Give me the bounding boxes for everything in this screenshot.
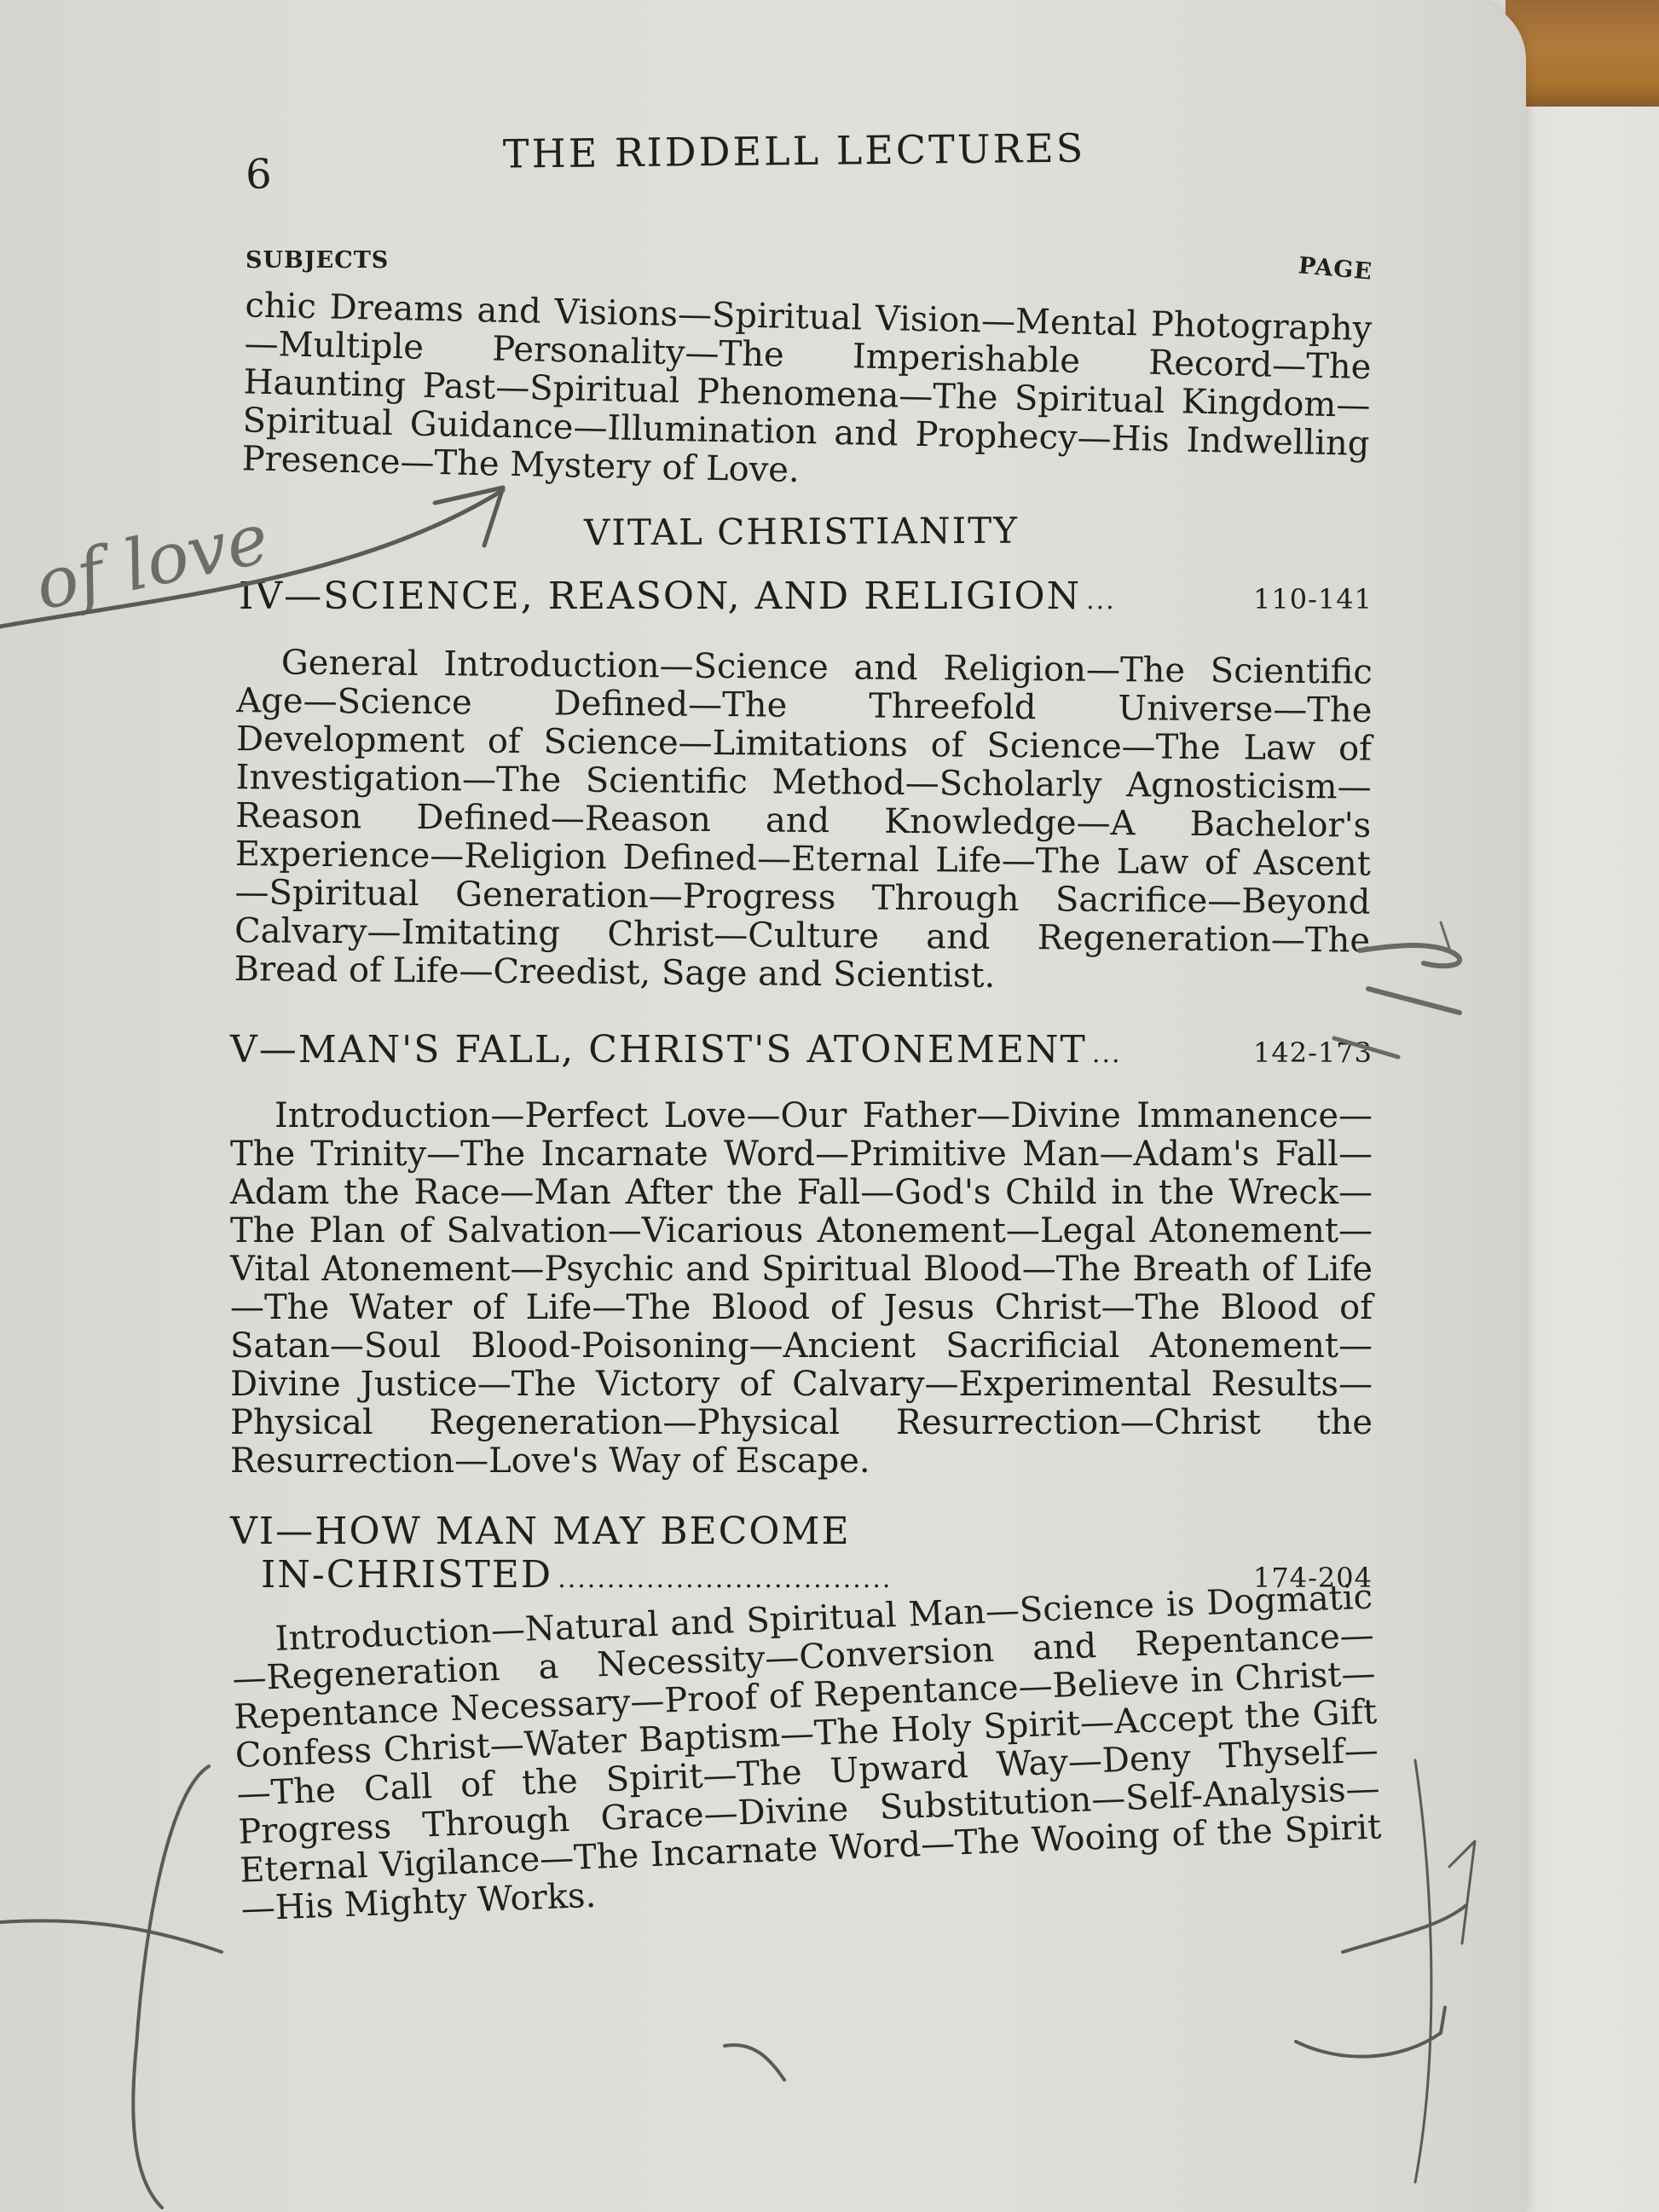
chapter-6-title-line2: IN-CHRISTED — [261, 1553, 552, 1597]
chapter-4-pages: 110-141 — [1253, 583, 1373, 615]
book-page: 6 THE RIDDELL LECTURES SUBJECTS PAGE chi… — [0, 0, 1526, 2212]
continued-subjects: chic Dreams and Visions—Spiritual Vision… — [226, 286, 1372, 502]
chapter-6-subjects: Introduction—Natural and Spiritual Man—S… — [230, 1579, 1384, 1929]
running-title: THE RIDDELL LECTURES — [503, 125, 1086, 177]
chapter-4-title: IV—SCIENCE, REASON, AND RELIGION — [239, 575, 1081, 618]
chapter-6-title-line1: VI—HOW MAN MAY BECOME — [230, 1510, 1373, 1553]
chapter-4-heading: IV—SCIENCE, REASON, AND RELIGION ... 110… — [230, 575, 1373, 618]
chapter-5-title: V—MAN'S FALL, CHRIST'S ATONEMENT — [230, 1028, 1087, 1071]
chapter-5-heading: V—MAN'S FALL, CHRIST'S ATONEMENT ... 142… — [230, 1028, 1373, 1071]
subjects-column-header: SUBJECTS — [246, 247, 389, 274]
chapter-4-subjects: General Introduction—Science and Religio… — [227, 644, 1372, 999]
page-column-header: PAGE — [1298, 252, 1373, 285]
chapter-5-pages: 142-173 — [1253, 1037, 1373, 1069]
page-number: 6 — [246, 151, 272, 199]
chapter-5-leader-dots: ... — [1087, 1039, 1253, 1069]
running-header: 6 THE RIDDELL LECTURES — [230, 122, 1373, 202]
chapter-5-subjects: Introduction—Perfect Love—Our Father—Div… — [230, 1097, 1373, 1481]
page-content: 6 THE RIDDELL LECTURES SUBJECTS PAGE chi… — [230, 128, 1373, 1929]
adjacent-page-edge — [1506, 107, 1659, 2212]
wooden-table-background — [1506, 0, 1659, 107]
chapter-4-leader-dots: ... — [1081, 586, 1253, 615]
section-title: VITAL CHRISTIANITY — [230, 507, 1373, 555]
column-headers: SUBJECTS PAGE — [230, 247, 1373, 285]
